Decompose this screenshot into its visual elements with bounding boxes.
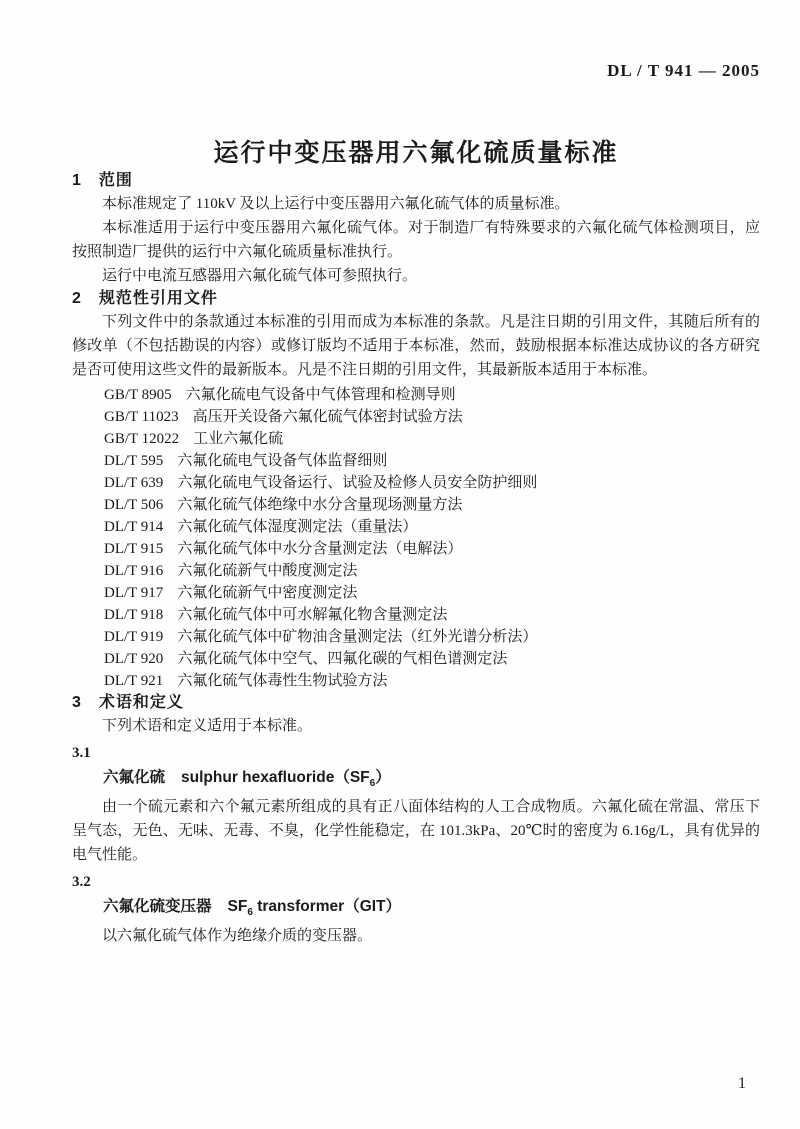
reference-code: DL/T 639	[104, 472, 163, 494]
reference-code: DL/T 918	[104, 604, 163, 626]
reference-title: 工业六氟化硫	[193, 431, 283, 447]
reference-code: DL/T 595	[104, 450, 163, 472]
reference-title: 六氟化硫电气设备运行、试验及检修人员安全防护细则	[177, 475, 537, 491]
page-number: 1	[738, 1075, 746, 1093]
term-number-3-1: 3.1	[72, 742, 760, 764]
term-3-2-english: SF	[228, 898, 248, 915]
reference-title: 高压开关设备六氟化硫气体密封试验方法	[193, 409, 463, 425]
reference-item: GB/T 8905六氟化硫电气设备中气体管理和检测导则	[104, 384, 760, 406]
section-terms-definitions: 3 术语和定义 下列术语和定义适用于本标准。 3.1 六氟化硫sulphur h…	[72, 692, 760, 948]
term-3-1-english-close: ）	[375, 769, 391, 786]
reference-title: 六氟化硫气体中可水解氟化物含量测定法	[177, 607, 447, 623]
section-2-heading: 2 规范性引用文件	[72, 288, 760, 310]
reference-title: 六氟化硫新气中密度测定法	[177, 585, 357, 601]
references-intro-paragraph: 下列文件中的条款通过本标准的引用而成为本标准的条款。凡是注日期的引用文件，其随后…	[72, 310, 760, 382]
document-page: DL / T 941 — 2005 运行中变压器用六氟化硫质量标准 1 范围 本…	[0, 0, 800, 1129]
doc-title: 运行中变压器用六氟化硫质量标准	[72, 136, 760, 170]
reference-code: GB/T 11023	[104, 406, 179, 428]
reference-item: DL/T 506六氟化硫气体绝缘中水分含量现场测量方法	[104, 494, 760, 516]
reference-code: DL/T 919	[104, 626, 163, 648]
reference-code: DL/T 917	[104, 582, 163, 604]
reference-item: DL/T 918六氟化硫气体中可水解氟化物含量测定法	[104, 604, 760, 626]
term-3-2-english-close: transformer（GIT）	[253, 898, 401, 915]
reference-title: 六氟化硫新气中酸度测定法	[177, 563, 357, 579]
scope-paragraph-2: 本标准适用于运行中变压器用六氟化硫气体。对于制造厂有特殊要求的六氟化硫气体检测项…	[72, 216, 760, 264]
term-number-3-2: 3.2	[72, 871, 760, 893]
section-scope: 1 范围 本标准规定了 110kV 及以上运行中变压器用六氟化硫气体的质量标准。…	[72, 170, 760, 288]
term-3-2-chinese: 六氟化硫变压器	[103, 898, 212, 915]
term-3-1-chinese: 六氟化硫	[103, 769, 165, 786]
term-3-1-title: 六氟化硫sulphur hexafluoride（SF6）	[72, 766, 760, 795]
doc-number: DL / T 941 — 2005	[72, 0, 760, 82]
term-3-1-definition: 由一个硫元素和六个氟元素所组成的具有正八面体结构的人工合成物质。六氟化硫在常温、…	[72, 795, 760, 867]
reference-title: 六氟化硫气体湿度测定法（重量法）	[177, 519, 417, 535]
scope-paragraph-1: 本标准规定了 110kV 及以上运行中变压器用六氟化硫气体的质量标准。	[72, 192, 760, 216]
reference-title: 六氟化硫气体中矿物油含量测定法（红外光谱分析法）	[177, 629, 537, 645]
reference-code: GB/T 8905	[104, 384, 172, 406]
reference-code: DL/T 914	[104, 516, 163, 538]
section-3-heading: 3 术语和定义	[72, 692, 760, 714]
reference-item: DL/T 920六氟化硫气体中空气、四氟化碳的气相色谱测定法	[104, 648, 760, 670]
terms-intro-paragraph: 下列术语和定义适用于本标准。	[72, 714, 760, 738]
reference-item: DL/T 916六氟化硫新气中酸度测定法	[104, 560, 760, 582]
reference-code: DL/T 920	[104, 648, 163, 670]
reference-item: DL/T 595六氟化硫电气设备气体监督细则	[104, 450, 760, 472]
reference-item: GB/T 12022工业六氟化硫	[104, 428, 760, 450]
reference-code: DL/T 921	[104, 670, 163, 692]
reference-item: DL/T 921六氟化硫气体毒性生物试验方法	[104, 670, 760, 692]
reference-code: DL/T 915	[104, 538, 163, 560]
reference-title: 六氟化硫气体绝缘中水分含量现场测量方法	[177, 497, 462, 513]
reference-item: DL/T 917六氟化硫新气中密度测定法	[104, 582, 760, 604]
reference-item: DL/T 639六氟化硫电气设备运行、试验及检修人员安全防护细则	[104, 472, 760, 494]
term-3-2-definition: 以六氟化硫气体作为绝缘介质的变压器。	[72, 924, 760, 948]
reference-title: 六氟化硫电气设备气体监督细则	[177, 453, 387, 469]
reference-item: GB/T 11023高压开关设备六氟化硫气体密封试验方法	[104, 406, 760, 428]
section-normative-references: 2 规范性引用文件 下列文件中的条款通过本标准的引用而成为本标准的条款。凡是注日…	[72, 288, 760, 692]
reference-code: DL/T 506	[104, 494, 163, 516]
reference-item: DL/T 914六氟化硫气体湿度测定法（重量法）	[104, 516, 760, 538]
reference-title: 六氟化硫气体毒性生物试验方法	[177, 673, 387, 689]
term-3-2-title: 六氟化硫变压器SF6 transformer（GIT）	[72, 895, 760, 924]
reference-title: 六氟化硫气体中空气、四氟化碳的气相色谱测定法	[177, 651, 507, 667]
reference-code: GB/T 12022	[104, 428, 179, 450]
term-3-1-english: sulphur hexafluoride（SF	[181, 769, 370, 786]
reference-title: 六氟化硫气体中水分含量测定法（电解法）	[177, 541, 462, 557]
scope-paragraph-3: 运行中电流互感器用六氟化硫气体可参照执行。	[72, 264, 760, 288]
section-1-heading: 1 范围	[72, 170, 760, 192]
reference-item: DL/T 919六氟化硫气体中矿物油含量测定法（红外光谱分析法）	[104, 626, 760, 648]
reference-list: GB/T 8905六氟化硫电气设备中气体管理和检测导则 GB/T 11023高压…	[72, 384, 760, 692]
reference-item: DL/T 915六氟化硫气体中水分含量测定法（电解法）	[104, 538, 760, 560]
reference-code: DL/T 916	[104, 560, 163, 582]
reference-title: 六氟化硫电气设备中气体管理和检测导则	[186, 387, 456, 403]
